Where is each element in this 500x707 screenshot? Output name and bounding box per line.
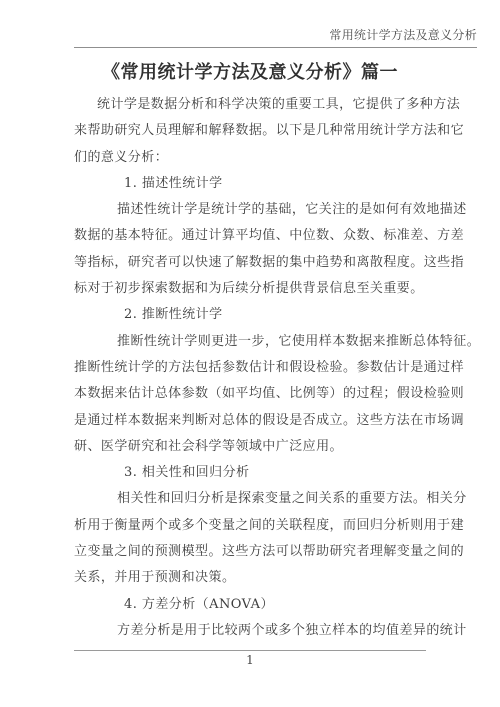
text-line: 析用于衡量两个或多个变量之间的关联程度，而回归分析则用于建 xyxy=(74,513,478,539)
section-heading: 2. 推断性统计学 xyxy=(74,302,478,328)
text-line: 数据的基本特征。通过计算平均值、中位数、众数、标准差、方差 xyxy=(74,223,478,249)
text-line: 统计学是数据分析和科学决策的重要工具，它提供了多种方法 xyxy=(74,92,478,118)
text-line: 相关性和回归分析是探索变量之间关系的重要方法。相关分 xyxy=(74,486,478,512)
page-number: 1 xyxy=(0,653,500,667)
section-heading: 3. 相关性和回归分析 xyxy=(74,460,478,486)
text-line: 立变量之间的预测模型。这些方法可以帮助研究者理解变量之间的 xyxy=(74,539,478,565)
text-line: 是通过样本数据来判断对总体的假设是否成立。这些方法在市场调 xyxy=(74,408,478,434)
text-line: 等指标，研究者可以快速了解数据的集中趋势和离散程度。这些指 xyxy=(74,250,478,276)
text-line: 关系，并用于预测和决策。 xyxy=(74,565,478,591)
page-title: 《常用统计学方法及意义分析》篇一 xyxy=(0,58,500,84)
text-line: 们的意义分析： xyxy=(74,145,478,171)
text-line: 推断性统计学则更进一步，它使用样本数据来推断总体特征。 xyxy=(74,329,478,355)
text-line: 方差分析是用于比较两个或多个独立样本的均值差异的统计 xyxy=(74,618,478,644)
text-line: 推断性统计学的方法包括参数估计和假设检验。参数估计是通过样 xyxy=(74,355,478,381)
text-line: 研、医学研究和社会科学等领域中广泛应用。 xyxy=(74,434,478,460)
text-line: 标对于初步探索数据和为后续分析提供背景信息至关重要。 xyxy=(74,276,478,302)
page-header-text: 常用统计学方法及意义分析 xyxy=(74,26,477,48)
footer-divider xyxy=(74,650,426,651)
document-body: 统计学是数据分析和科学决策的重要工具，它提供了多种方法 来帮助研究人员理解和解释… xyxy=(74,92,478,644)
section-heading: 4. 方差分析（ANOVA） xyxy=(74,592,478,618)
text-line: 来帮助研究人员理解和解释数据。以下是几种常用统计学方法和它 xyxy=(74,118,478,144)
document-page: 常用统计学方法及意义分析 《常用统计学方法及意义分析》篇一 统计学是数据分析和科… xyxy=(0,0,500,707)
text-line: 本数据来估计总体参数（如平均值、比例等）的过程；假设检验则 xyxy=(74,381,478,407)
text-line: 描述性统计学是统计学的基础，它关注的是如何有效地描述 xyxy=(74,197,478,223)
section-heading: 1. 描述性统计学 xyxy=(74,171,478,197)
